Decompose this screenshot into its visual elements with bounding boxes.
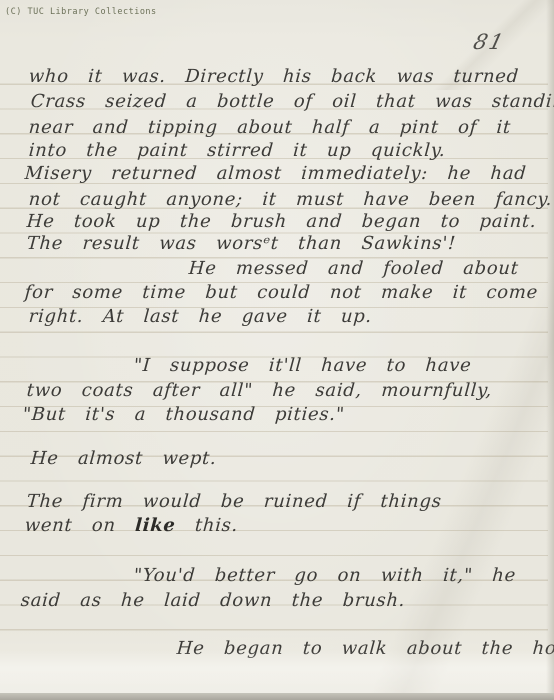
page-number: 81 [471,30,508,54]
copyright-notice: (C) TUC Library Collections [5,7,157,17]
handwritten-line: who it was. Directly his back was turned [28,66,520,88]
line-pre-text: went on [24,515,136,536]
handwritten-line: right. At last he gave it up. [28,306,373,328]
scan-bottom-edge [0,693,554,700]
handwritten-line: not caught anyone; it must have been fan… [28,189,553,211]
handwritten-line: He almost wept. [30,448,217,470]
handwritten-line: "You'd better go on with it," he [133,565,517,587]
emphasized-word: like [134,515,176,536]
handwritten-line: near and tipping about half a pint of it [28,117,512,139]
handwritten-line: said as he laid down the brush. [20,590,406,612]
handwritten-line: "But it's a thousand pities." [22,404,345,426]
handwritten-line: Crass seized a bottle of oil that was st… [30,91,554,113]
handwritten-line: He began to walk about the house [176,638,554,660]
handwritten-line: He took up the brush and began to paint. [26,211,537,233]
handwritten-line: into the paint stirred it up quickly. [28,140,446,162]
handwritten-line: for some time but could not make it come [24,282,539,304]
handwritten-line-emphasized: went on like this. [24,515,239,537]
handwritten-line: The result was worsᵉt than Sawkins'! [26,233,457,255]
line-post-text: this. [175,515,239,536]
handwritten-line: two coats after all" he said, mournfully… [26,380,493,402]
handwritten-line: He messed and fooled about [188,258,519,280]
handwritten-line: The firm would be ruined if things [26,491,442,513]
handwritten-line: Misery returned almost immediately: he h… [24,163,527,185]
handwritten-line: "I suppose it'll have to have [133,355,472,377]
manuscript-page: (C) TUC Library Collections 81 who it wa… [0,0,554,700]
